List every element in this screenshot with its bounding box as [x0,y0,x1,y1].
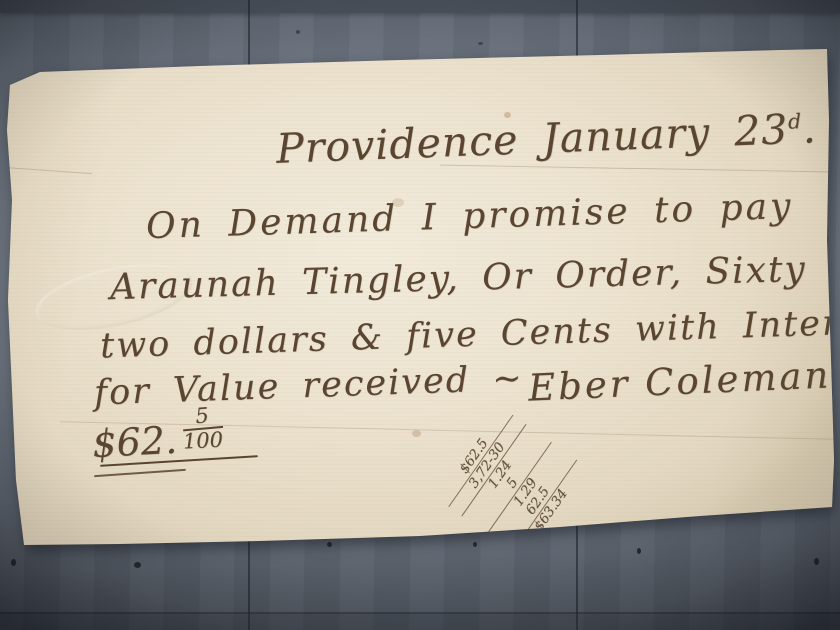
handwritten-line-promise: On Demand I promise to pay [146,186,794,247]
handwritten-line-payee: Araunah Tingley, Or Order, Sixty [110,249,808,308]
amount-underline [94,469,186,477]
amount-figure: $62.5100 [91,405,224,467]
handwritten-dateline: Providence January 23d. 1800 [275,99,840,173]
dateline-day: January 23 [541,105,789,162]
ink-stain [412,430,421,437]
signature-eber-coleman: Eber Coleman [527,353,832,409]
amount-dollars: $62. [91,418,178,466]
promissory-note-paper: Providence January 23d. 1800 On Demand I… [0,0,840,630]
paper-crease [4,167,92,174]
promissory-note-paper-wrap: Providence January 23d. 1800 On Demand I… [0,0,840,630]
amount-fraction: 5100 [181,405,223,453]
photo-of-promissory-note: Providence January 23d. 1800 On Demand I… [0,0,840,630]
handwritten-line-amount-words: two dollars & five Cents with Interest [100,301,840,366]
dateline-year: . 1800 [802,99,840,153]
paper-crease [440,165,832,173]
amount-fraction-denominator: 100 [182,429,223,453]
handwritten-line-value-received: for Value received ~ [93,359,524,414]
dateline-ordinal: d [788,109,803,134]
dateline-place: Providence [275,116,519,173]
amount-fraction-numerator: 5 [181,404,223,431]
